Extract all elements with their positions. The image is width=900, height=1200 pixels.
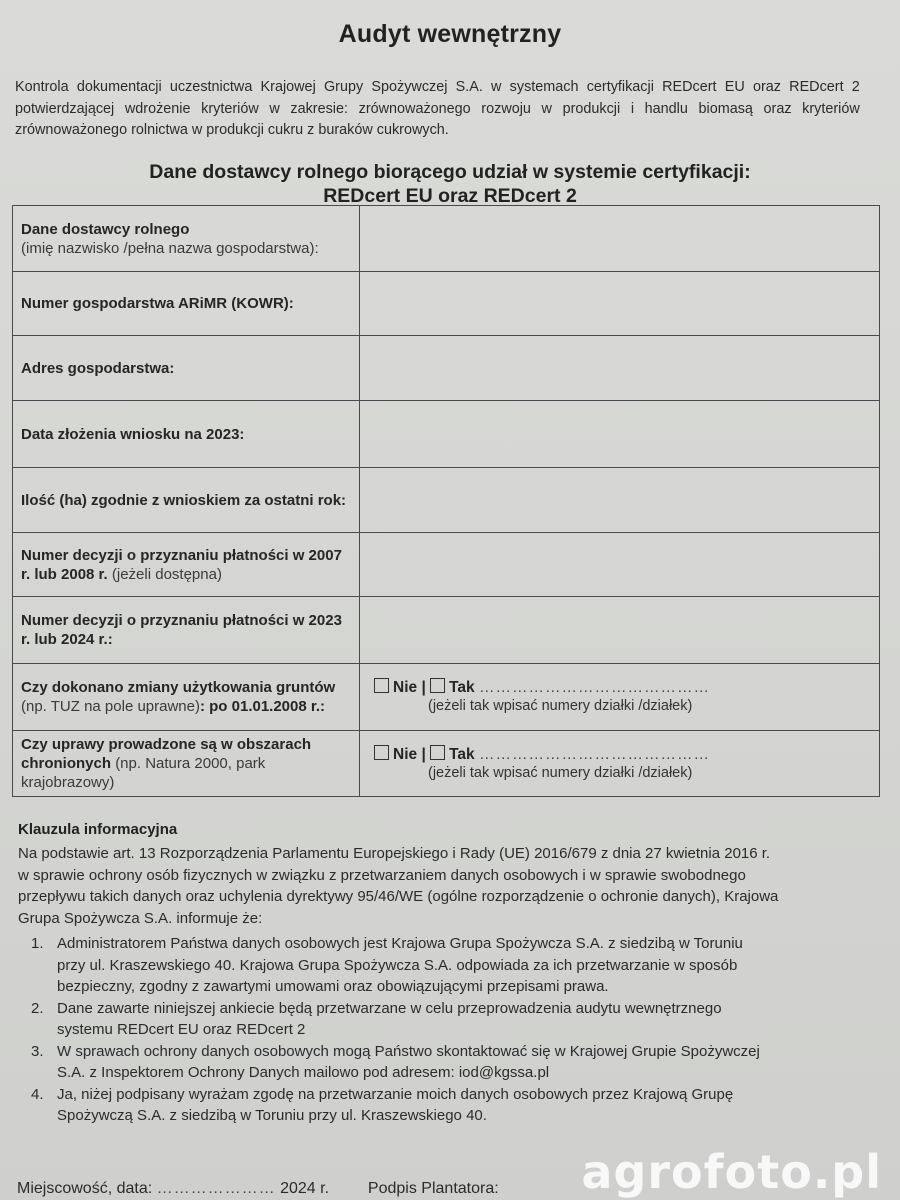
field-label: Numer decyzji o przyznaniu płatności w 2…: [13, 533, 360, 597]
item-line: Dane zawarte niniejszej ankiecie będą pr…: [57, 998, 900, 1020]
place-date-field[interactable]: …………………: [157, 1180, 276, 1197]
form-row-decision-2023-2024: Numer decyzji o przyznaniu płatności w 2…: [13, 597, 880, 664]
section-heading-line-1: Dane dostawcy rolnego biorącego udział w…: [0, 160, 900, 184]
signature-footer: Miejscowość, data: ………………… 2024 r. Podpi…: [17, 1180, 499, 1198]
option-yes-label: Tak: [449, 679, 475, 696]
item-line: W sprawach ochrony danych osobowych mogą…: [57, 1041, 900, 1063]
clause-item: 4. Ja, niżej podpisany wyrażam zgodę na …: [18, 1084, 900, 1127]
option-no-label: Nie: [393, 679, 417, 696]
form-row-hectares: Ilość (ha) zgodnie z wnioskiem za ostatn…: [13, 468, 880, 533]
field-label-note: (imię nazwisko /pełna nazwa gospodarstwa…: [21, 239, 351, 258]
plot-numbers-field[interactable]: ……………………………………: [479, 746, 710, 763]
item-line: Administratorem Państwa danych osobowych…: [57, 933, 900, 955]
item-number: 3.: [31, 1041, 44, 1063]
field-label: Data złożenia wniosku na 2023:: [13, 401, 360, 468]
farm-number-field[interactable]: [360, 272, 880, 336]
document-title: Audyt wewnętrzny: [0, 20, 900, 49]
supplier-name-field[interactable]: [360, 206, 880, 272]
field-label: Dane dostawcy rolnego (imię nazwisko /pe…: [13, 206, 360, 272]
year-label: 2024 r.: [280, 1180, 329, 1197]
yes-no-choice: Nie | Tak ……………………………………: [374, 745, 871, 764]
place-date-label: Miejscowość, data:: [17, 1180, 152, 1197]
plot-numbers-field[interactable]: ……………………………………: [479, 679, 710, 696]
item-line: bezpieczny, zgodny z zawartymi umowami o…: [57, 976, 900, 998]
field-label: Numer gospodarstwa ARiMR (KOWR):: [13, 272, 360, 336]
field-label: Ilość (ha) zgodnie z wnioskiem za ostatn…: [13, 468, 360, 533]
option-yes-label: Tak: [449, 746, 475, 763]
checkbox-no[interactable]: [374, 745, 389, 760]
field-label: Czy uprawy prowadzone są w obszarach chr…: [13, 731, 360, 797]
checkbox-yes[interactable]: [430, 745, 445, 760]
form-row-farm-address: Adres gospodarstwa:: [13, 336, 880, 401]
land-use-change-options: Nie | Tak …………………………………… (jeżeli tak wpi…: [360, 664, 880, 731]
clause-line: Grupa Spożywcza S.A. informuje że:: [18, 908, 900, 930]
item-line: Spożywczą S.A. z siedzibą w Toruniu przy…: [57, 1105, 900, 1127]
field-label: Adres gospodarstwa:: [13, 336, 360, 401]
clause-intro: Na podstawie art. 13 Rozporządzenia Parl…: [18, 843, 900, 929]
intro-paragraph: Kontrola dokumentacji uczestnictwa Krajo…: [15, 76, 860, 141]
item-line: S.A. z Inspektorem Ochrony Danych mailow…: [57, 1062, 900, 1084]
item-line: Ja, niżej podpisany wyrażam zgodę na prz…: [57, 1084, 900, 1106]
clause-line: przepływu takich danych oraz uchylenia d…: [18, 886, 900, 908]
protected-areas-options: Nie | Tak …………………………………… (jeżeli tak wpi…: [360, 731, 880, 797]
clause-title: Klauzula informacyjna: [18, 821, 177, 838]
decision-2007-2008-field[interactable]: [360, 533, 880, 597]
field-label: Numer decyzji o przyznaniu płatności w 2…: [13, 597, 360, 664]
item-line: systemu REDcert EU oraz REDcert 2: [57, 1019, 900, 1041]
item-number: 4.: [31, 1084, 44, 1106]
field-label-title: Czy dokonano zmiany użytkowania gruntów: [21, 679, 335, 696]
farm-address-field[interactable]: [360, 336, 880, 401]
clause-list: 1. Administratorem Państwa danych osobow…: [18, 933, 900, 1127]
field-label-tail: : po 01.01.2008 r.:: [200, 698, 325, 715]
clause-line: Na podstawie art. 13 Rozporządzenia Parl…: [18, 843, 900, 865]
field-label-note: (np. TUZ na pole uprawne): [21, 698, 200, 715]
signature-label: Podpis Plantatora:: [368, 1180, 499, 1197]
item-number: 2.: [31, 998, 44, 1020]
plot-numbers-hint: (jeżeli tak wpisać numery działki /dział…: [368, 697, 871, 716]
decision-2023-2024-field[interactable]: [360, 597, 880, 664]
separator: |: [421, 679, 425, 696]
item-number: 1.: [31, 933, 44, 955]
hectares-field[interactable]: [360, 468, 880, 533]
clause-item: 2. Dane zawarte niniejszej ankiecie będą…: [18, 998, 900, 1041]
checkbox-yes[interactable]: [430, 678, 445, 693]
document-page: Audyt wewnętrzny Kontrola dokumentacji u…: [0, 0, 900, 1200]
clause-line: w sprawie ochrony osób fizycznych w zwią…: [18, 865, 900, 887]
form-row-application-date: Data złożenia wniosku na 2023:: [13, 401, 880, 468]
field-label: Czy dokonano zmiany użytkowania gruntów …: [13, 664, 360, 731]
option-no-label: Nie: [393, 746, 417, 763]
yes-no-choice: Nie | Tak ……………………………………: [374, 678, 871, 697]
plot-numbers-hint: (jeżeli tak wpisać numery działki /dział…: [368, 764, 871, 783]
section-heading: Dane dostawcy rolnego biorącego udział w…: [0, 160, 900, 208]
field-label-note: (jeżeli dostępna): [112, 566, 222, 583]
item-line: przy ul. Kraszewskiego 40. Krajowa Grupa…: [57, 955, 900, 977]
form-row-land-use-change: Czy dokonano zmiany użytkowania gruntów …: [13, 664, 880, 731]
form-row-supplier-name: Dane dostawcy rolnego (imię nazwisko /pe…: [13, 206, 880, 272]
clause-item: 3. W sprawach ochrony danych osobowych m…: [18, 1041, 900, 1084]
field-label-title: Dane dostawcy rolnego: [21, 220, 351, 239]
form-row-decision-2007-2008: Numer decyzji o przyznaniu płatności w 2…: [13, 533, 880, 597]
separator: |: [421, 746, 425, 763]
watermark-logo: agrofoto.pl: [581, 1145, 882, 1199]
application-date-field[interactable]: [360, 401, 880, 468]
supplier-form-table: Dane dostawcy rolnego (imię nazwisko /pe…: [12, 205, 880, 797]
form-row-protected-areas: Czy uprawy prowadzone są w obszarach chr…: [13, 731, 880, 797]
clause-item: 1. Administratorem Państwa danych osobow…: [18, 933, 900, 998]
checkbox-no[interactable]: [374, 678, 389, 693]
form-row-farm-number: Numer gospodarstwa ARiMR (KOWR):: [13, 272, 880, 336]
